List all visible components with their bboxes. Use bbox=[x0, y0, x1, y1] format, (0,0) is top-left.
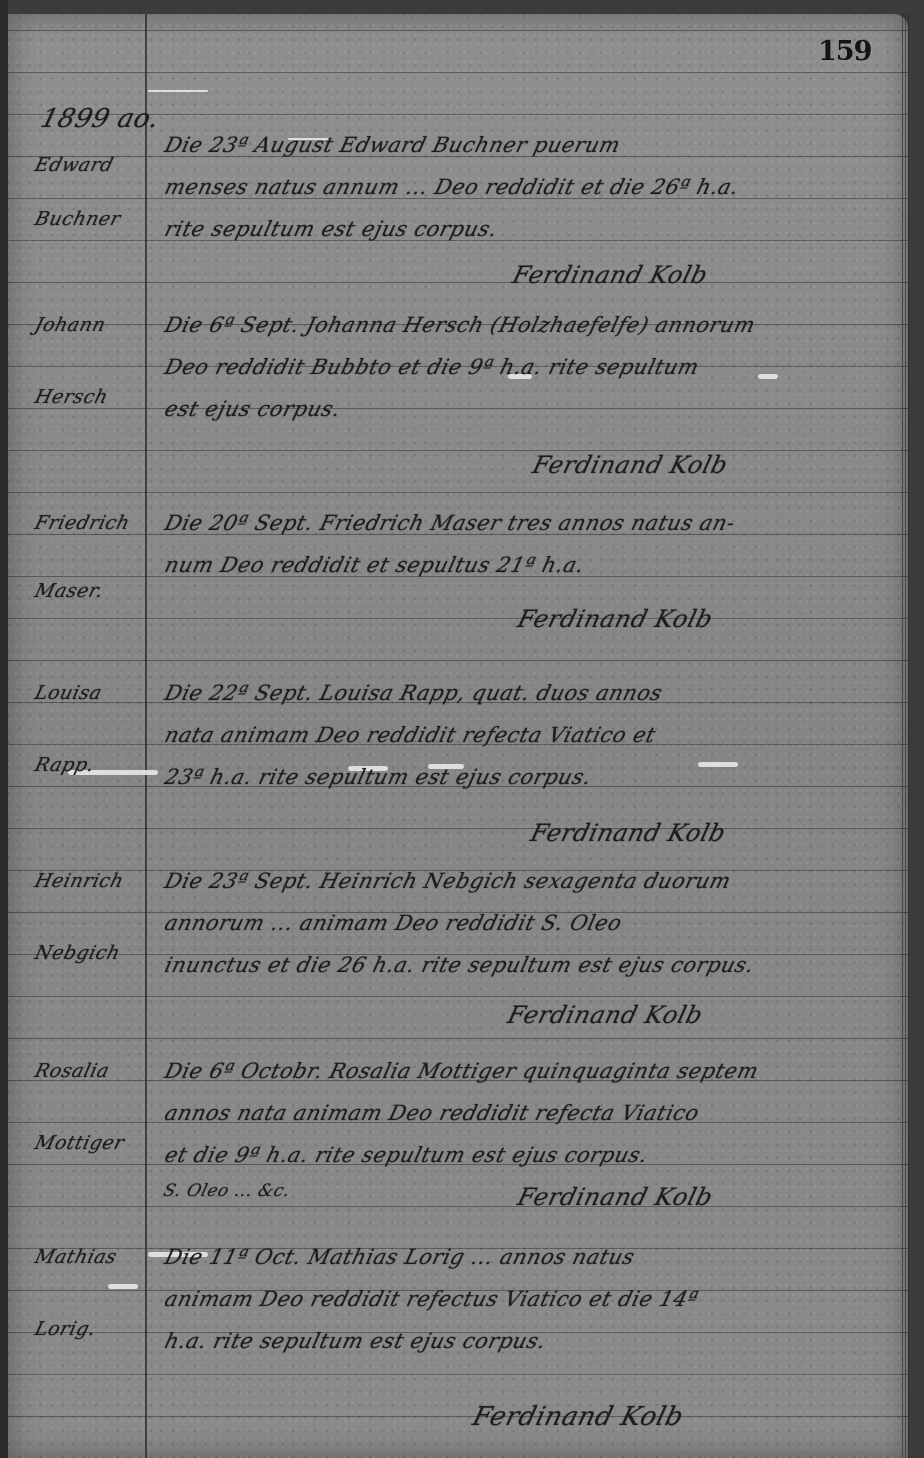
entry-text: Die 11ª Oct. Mathias Lorig ... annos nat… bbox=[160, 1236, 890, 1362]
margin-first-name: Heinrich bbox=[30, 860, 160, 902]
margin-first-name: Johann bbox=[30, 304, 160, 346]
margin-surname: Hersch bbox=[30, 376, 160, 418]
entry-line: animam Deo reddidit refectus Viatico et … bbox=[160, 1278, 900, 1320]
entry-line: h.a. rite sepultum est ejus corpus. bbox=[160, 1320, 900, 1362]
page-number: 159 bbox=[818, 36, 871, 67]
entry-line: Deo reddidit Bubbto et die 9ª h.a. rite … bbox=[160, 346, 900, 388]
margin-first-name: Louisa bbox=[30, 672, 160, 714]
scan-right-border bbox=[910, 0, 924, 1458]
entry-line: annos nata animam Deo reddidit refecta V… bbox=[160, 1092, 900, 1134]
priest-signature: Ferdinand Kolb bbox=[503, 994, 708, 1036]
right-margin-rule bbox=[902, 14, 903, 1458]
entry-line: Die 11ª Oct. Mathias Lorig ... annos nat… bbox=[160, 1236, 900, 1278]
right-margin-rule bbox=[908, 14, 909, 1458]
entry-line: num Deo reddidit et sepultus 21ª h.a. bbox=[160, 544, 900, 586]
entry-text: Die 22ª Sept. Louisa Rapp, quat. duos an… bbox=[160, 672, 890, 798]
priest-signature: Ferdinand Kolb bbox=[513, 598, 718, 640]
priest-signature: Ferdinand Kolb bbox=[513, 1176, 718, 1218]
priest-signature: Ferdinand Kolb bbox=[468, 1396, 688, 1438]
entry-margin-name: Louisa Rapp. bbox=[30, 672, 150, 786]
year-heading: 1899 ao. bbox=[36, 98, 164, 140]
priest-signature: Ferdinand Kolb bbox=[526, 812, 731, 854]
entry-line: annorum ... animam Deo reddidit S. Oleo bbox=[160, 902, 900, 944]
entry-line: est ejus corpus. bbox=[160, 388, 900, 430]
entry-margin-name: Heinrich Nebgich bbox=[30, 860, 150, 974]
margin-first-name: Edward bbox=[30, 144, 160, 186]
entry-line: Die 6ª Sept. Johanna Hersch (Holzhaefelf… bbox=[160, 304, 900, 346]
entry-text: Die 6ª Sept. Johanna Hersch (Holzhaefelf… bbox=[160, 304, 890, 430]
entry-line: Die 23ª August Edward Buchner puerum bbox=[160, 124, 900, 166]
margin-surname: Rapp. bbox=[30, 744, 160, 786]
entry-line: et die 9ª h.a. rite sepultum est ejus co… bbox=[160, 1134, 900, 1176]
margin-surname: Buchner bbox=[30, 198, 160, 240]
entry-margin-name: Mathias Lorig. bbox=[30, 1236, 150, 1350]
scan-artifact bbox=[148, 90, 208, 92]
entry-line: 23ª h.a. rite sepultum est ejus corpus. bbox=[160, 756, 900, 798]
entry-line: inunctus et die 26 h.a. rite sepultum es… bbox=[160, 944, 900, 986]
margin-surname: Mottiger bbox=[30, 1122, 160, 1164]
priest-signature: Ferdinand Kolb bbox=[528, 444, 733, 486]
priest-signature: Ferdinand Kolb bbox=[508, 254, 713, 296]
entry-line: Die 6ª Octobr. Rosalia Mottiger quinquag… bbox=[160, 1050, 900, 1092]
entry-line: Die 20ª Sept. Friedrich Maser tres annos… bbox=[160, 502, 900, 544]
entry-text: Die 23ª Sept. Heinrich Nebgich sexagenta… bbox=[160, 860, 890, 986]
right-margin-rule bbox=[905, 14, 906, 1458]
margin-first-name: Rosalia bbox=[30, 1050, 160, 1092]
register-page: 159 1899 ao. Edward Buchner Die 23ª Augu… bbox=[8, 14, 908, 1458]
margin-first-name: Mathias bbox=[30, 1236, 160, 1278]
margin-first-name: Friedrich bbox=[30, 502, 160, 544]
entry-margin-name: Edward Buchner bbox=[30, 144, 150, 240]
entry-line: rite sepultum est ejus corpus. bbox=[160, 208, 900, 250]
scanned-page-background: 159 1899 ao. Edward Buchner Die 23ª Augu… bbox=[0, 0, 924, 1458]
entry-margin-name: Johann Hersch bbox=[30, 304, 150, 418]
entry-line: nata animam Deo reddidit refecta Viatico… bbox=[160, 714, 900, 756]
margin-surname: Maser. bbox=[30, 570, 160, 612]
entry-line: Die 23ª Sept. Heinrich Nebgich sexagenta… bbox=[160, 860, 900, 902]
entry-line: Die 22ª Sept. Louisa Rapp, quat. duos an… bbox=[160, 672, 900, 714]
entry-line: menses natus annum ... Deo reddidit et d… bbox=[160, 166, 900, 208]
scan-left-border bbox=[0, 0, 8, 1458]
margin-surname: Nebgich bbox=[30, 932, 160, 974]
entry-margin-name: Friedrich Maser. bbox=[30, 502, 150, 612]
entry-text: Die 20ª Sept. Friedrich Maser tres annos… bbox=[160, 502, 890, 586]
margin-surname: Lorig. bbox=[30, 1308, 160, 1350]
entry-text: Die 23ª August Edward Buchner puerum men… bbox=[160, 124, 890, 250]
entry-margin-name: Rosalia Mottiger bbox=[30, 1050, 150, 1164]
